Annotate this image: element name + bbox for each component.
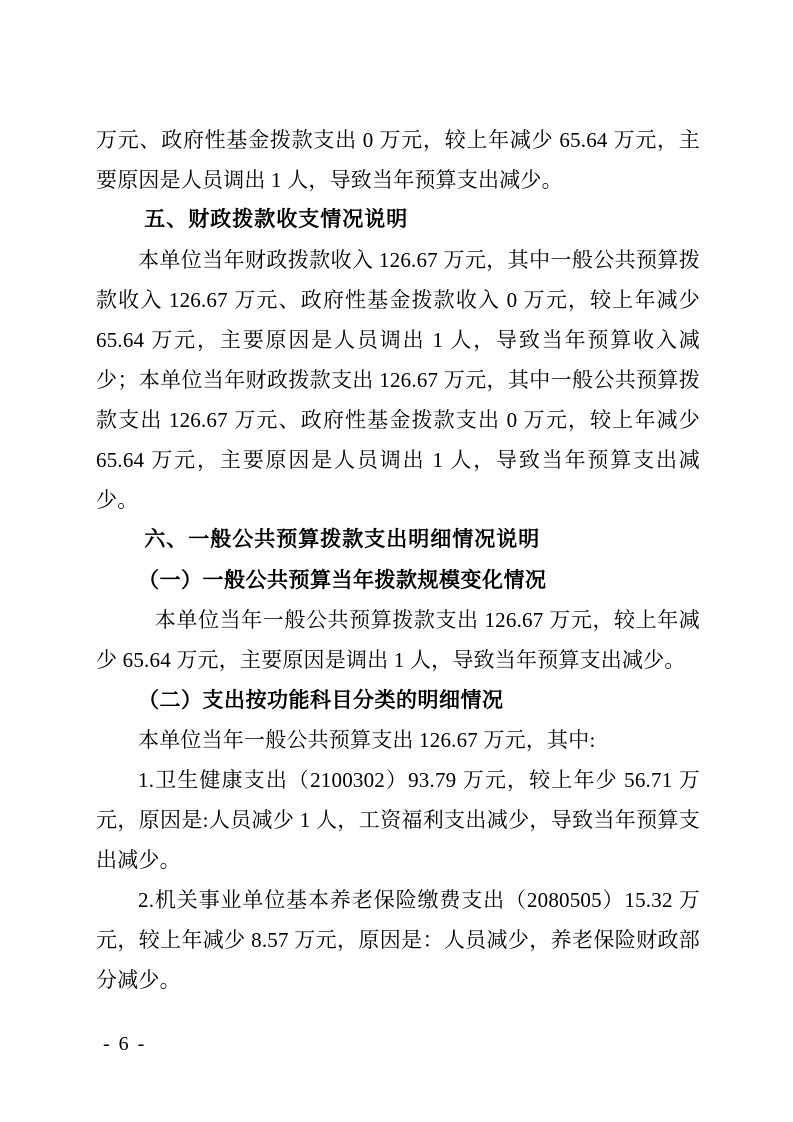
paragraph-continuation-govt-fund-expense: 万元、政府性基金拨款支出 0 万元，较上年减少 65.64 万元，主要原因是人员… bbox=[96, 120, 700, 200]
subsection-heading-2-expense-by-function: （二）支出按功能科目分类的明细情况 bbox=[96, 680, 700, 720]
section-heading-5-fiscal-appropriation: 五、财政拨款收支情况说明 bbox=[96, 200, 700, 240]
paragraph-appropriation-scale-change-detail: 本单位当年一般公共预算拨款支出 126.67 万元，较上年减少 65.64 万元… bbox=[96, 600, 700, 680]
paragraph-fiscal-appropriation-detail: 本单位当年财政拨款收入 126.67 万元，其中一般公共预算拨款收入 126.6… bbox=[96, 240, 700, 520]
paragraph-item-1-health-expense: 1.卫生健康支出（2100302）93.79 万元，较上年少 56.71 万元，… bbox=[96, 760, 700, 880]
section-heading-6-public-budget-expense-detail: 六、一般公共预算拨款支出明细情况说明 bbox=[96, 520, 700, 560]
paragraph-item-2-pension-insurance-expense: 2.机关事业单位基本养老保险缴费支出（2080505）15.32 万元，较上年减… bbox=[96, 880, 700, 1000]
paragraph-public-budget-expense-total: 本单位当年一般公共预算支出 126.67 万元，其中: bbox=[96, 720, 700, 760]
page-number: - 6 - bbox=[103, 1032, 146, 1056]
subsection-heading-1-appropriation-scale-change: （一）一般公共预算当年拨款规模变化情况 bbox=[96, 560, 700, 600]
document-body: 万元、政府性基金拨款支出 0 万元，较上年减少 65.64 万元，主要原因是人员… bbox=[96, 120, 700, 1000]
document-page: 万元、政府性基金拨款支出 0 万元，较上年减少 65.64 万元，主要原因是人员… bbox=[0, 0, 793, 1122]
